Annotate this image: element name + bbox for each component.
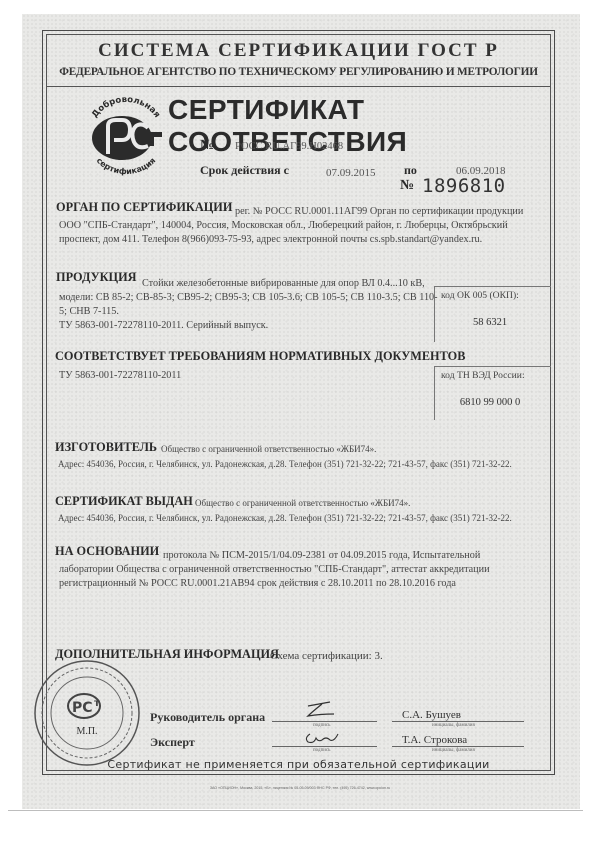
valid-from-date: 07.09.2015 [326, 167, 376, 179]
okp-code-value: 58 6321 [435, 317, 545, 328]
manufacturer-name: Общество с ограниченной ответственностью… [161, 444, 376, 454]
signature-scribble-expert-icon [300, 728, 342, 748]
name-caption-expert: инициалы, фамилия [432, 748, 475, 753]
additional-info-text: Схема сертификации: 3. [270, 650, 383, 662]
document-title: СЕРТИФИКАТ СООТВЕТСТВИЯ [168, 94, 595, 158]
issued-to-heading: СЕРТИФИКАТ ВЫДАН [55, 494, 193, 509]
signatory-name-expert: Т.А. Строкова [402, 734, 467, 746]
certification-body-text: рег. № РОСС RU.0001.11АГ99 Орган по серт… [59, 205, 544, 247]
blank-number-label: № [400, 178, 414, 194]
page-bottom-edge [8, 810, 583, 811]
signature-caption-expert: подпись [313, 748, 330, 753]
issued-to-name: Общество с ограниченной ответственностью… [195, 498, 410, 508]
tnved-code-box: код ТН ВЭД России: 6810 99 000 0 [434, 366, 551, 420]
svg-text:т: т [94, 698, 100, 709]
logo-top-text: Добровольная [90, 95, 162, 120]
voluntary-notice: Сертификат не применяется при обязательн… [46, 758, 551, 771]
name-caption-head: инициалы, фамилия [432, 723, 475, 728]
number-label: № [200, 138, 214, 154]
system-title: СИСТЕМА СЕРТИФИКАЦИИ ГОСТ Р [46, 40, 551, 62]
valid-to-label: по [404, 163, 417, 178]
product-description: Стойки железобетонные вибрированные для … [59, 277, 439, 319]
round-seal-stamp-icon: PC т М.П. [32, 658, 142, 768]
agency-name: ФЕДЕРАЛЬНОЕ АГЕНТСТВО ПО ТЕХНИЧЕСКОМУ РЕ… [46, 66, 551, 78]
product-tu: ТУ 5863-001-72278110-2011. Серийный выпу… [59, 319, 268, 333]
svg-text:Добровольная: Добровольная [90, 95, 162, 120]
certificate-number: РОСС RU.АГ99.Н02468 [235, 141, 343, 152]
name-line-expert [392, 746, 524, 747]
validity-label: Срок действия с [200, 163, 289, 178]
okp-code-label: код ОК 005 (ОКП): [441, 290, 519, 301]
signatory-name-head: С.А. Бушуев [402, 709, 461, 721]
manufacturer-heading: ИЗГОТОВИТЕЛЬ [55, 440, 157, 455]
tnved-code-label: код ТН ВЭД России: [441, 370, 525, 381]
header-divider [46, 86, 551, 87]
name-line-head [392, 721, 524, 722]
printer-info: ЗАО «ОПЦИОН», Москва, 2015, «Б», лицензи… [140, 786, 460, 790]
signature-role-head: Руководитель органа [150, 710, 265, 725]
rst-logo-icon: Добровольная сертификация [78, 92, 174, 178]
okp-code-box: код ОК 005 (ОКП): 58 6321 [434, 286, 551, 342]
compliance-heading: СООТВЕТСТВУЕТ ТРЕБОВАНИЯМ НОРМАТИВНЫХ ДО… [55, 349, 465, 364]
stamp-label: М.П. [76, 726, 97, 737]
svg-text:PC: PC [72, 700, 93, 716]
blank-number: 1896810 [422, 175, 506, 197]
issued-to-address: Адрес: 454036, Россия, г. Челябинск, ул.… [58, 513, 512, 523]
manufacturer-address: Адрес: 454036, Россия, г. Челябинск, ул.… [58, 459, 512, 469]
basis-text: протокола № ПСМ-2015/1/04.09-2381 от 04.… [59, 549, 529, 591]
signature-scribble-head-icon [300, 700, 340, 722]
compliance-documents: ТУ 5863-001-72278110-2011 [59, 369, 181, 383]
signature-role-expert: Эксперт [150, 735, 195, 750]
tnved-code-value: 6810 99 000 0 [435, 397, 545, 408]
